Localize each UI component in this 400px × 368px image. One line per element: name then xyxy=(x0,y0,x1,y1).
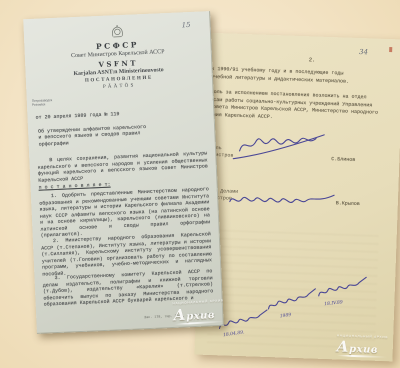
ink-bleed-through xyxy=(207,225,379,349)
document-page-2: 34 2. языков к 1990/91 учебному году и в… xyxy=(194,33,400,362)
watermark-script-text: Архив xyxy=(336,337,388,357)
red-edge-mark xyxy=(389,47,392,52)
place-fi: Petroskoi xyxy=(32,102,53,107)
decree-subject: Об утверждении алфавитов карельского и в… xyxy=(38,124,149,148)
letterhead-place: Петрозаводск Petroskoi xyxy=(32,98,53,107)
handwritten-page-number-right: 34 xyxy=(359,48,368,56)
archive-watermark: НАЦИОНАЛЬНЫЙ АРХИВ Архив xyxy=(172,299,225,325)
document-page-1: 15 РСФСР Совет Министров Карельской АССР… xyxy=(23,11,224,334)
archival-document-scan: 34 2. языков к 1990/91 учебному году и в… xyxy=(0,0,400,368)
typed-name-chairman: С.Блинов xyxy=(331,156,355,163)
page2-body-text: языков к 1990/91 учебному году и в после… xyxy=(189,65,380,125)
typed-page-number: 2. xyxy=(309,56,316,63)
ink-signature-chairman xyxy=(231,127,326,166)
ink-signature-manager xyxy=(225,185,338,215)
decree-intro-paragraph: В целях сохранения, развития национально… xyxy=(37,150,208,183)
decree-item-1: 1. Одобрить представленные Министерством… xyxy=(39,186,211,239)
archive-watermark: НАЦИОНАЛЬНЫЙ АРХИВ Архив xyxy=(336,334,388,358)
typed-name-manager: В.Крылов xyxy=(336,200,360,207)
decree-date-number: от 20 апреля 1989 года № 119 xyxy=(35,111,119,121)
